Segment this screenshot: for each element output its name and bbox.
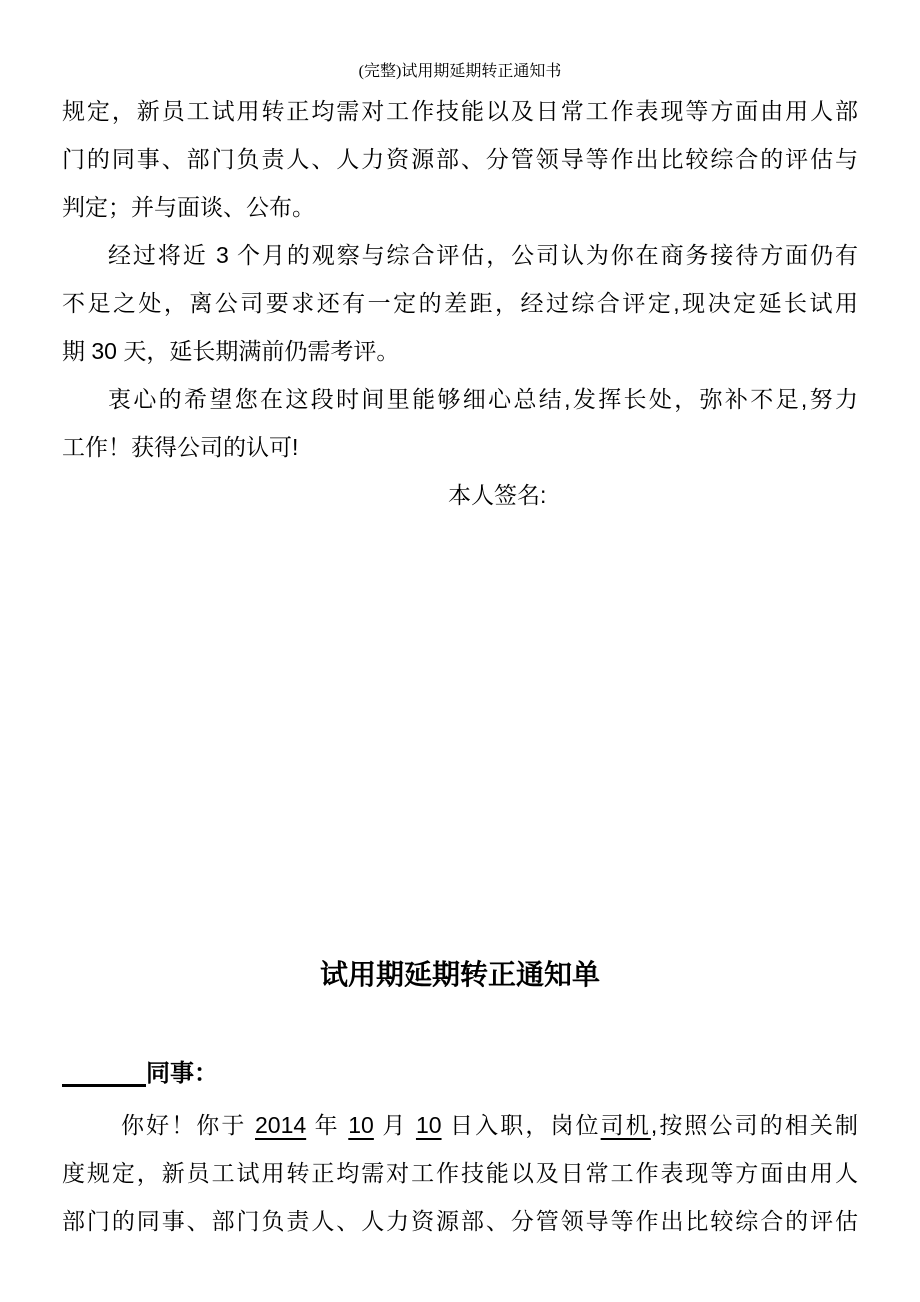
paragraph-line: 期 30 天，延长期满前仍需考评。 <box>62 327 858 375</box>
month-suffix: 月 <box>374 1112 416 1138</box>
document-header-title: (完整)试用期延期转正通知书 <box>0 61 920 83</box>
paragraph-line: 门的同事、部门负责人、人力资源部、分管领导等作出比较综合的评估与 <box>62 135 858 183</box>
greeting-text: 你好！你于 <box>121 1112 255 1138</box>
paragraph-line: 规定，新员工试用转正均需对工作技能以及日常工作表现等方面由用人部 <box>62 87 858 135</box>
document-page: (完整)试用期延期转正通知书 规定，新员工试用转正均需对工作技能以及日常工作表现… <box>0 0 920 1302</box>
signature-label: 本人签名: <box>62 471 858 519</box>
year-suffix: 年 <box>306 1112 348 1138</box>
notice-title: 试用期延期转正通知单 <box>0 953 920 997</box>
paragraph-line: 度规定，新员工试用转正均需对工作技能以及日常工作表现等方面由用人 <box>62 1149 858 1197</box>
position-underlined: 司机 <box>601 1112 651 1138</box>
salutation-text: 同事： <box>146 1060 218 1087</box>
paragraph-line: 判定；并与面谈、公布。 <box>62 183 858 231</box>
paragraph-line: 你好！你于 2014 年 10 月 10 日入职，岗位司机,按照公司的相关制 <box>62 1101 858 1149</box>
notice-body-continued: 规定，新员工试用转正均需对工作技能以及日常工作表现等方面由用人部 门的同事、部门… <box>62 87 858 519</box>
paragraph-line: 经过将近 3 个月的观察与综合评估，公司认为你在商务接待方面仍有 <box>62 231 858 279</box>
paragraph-line: 部门的同事、部门负责人、人力资源部、分管领导等作出比较综合的评估 <box>62 1197 858 1245</box>
position-suffix: ,按照公司的相关制 <box>651 1112 858 1138</box>
notice-body: 你好！你于 2014 年 10 月 10 日入职，岗位司机,按照公司的相关制 度… <box>62 1101 858 1245</box>
paragraph-line: 不足之处，离公司要求还有一定的差距，经过综合评定,现决定延长试用 <box>62 279 858 327</box>
join-day-underlined: 10 <box>416 1112 442 1138</box>
join-year-underlined: 2014 <box>255 1112 306 1138</box>
join-month-underlined: 10 <box>348 1112 374 1138</box>
paragraph-line: 衷心的希望您在这段时间里能够细心总结,发挥长处，弥补不足,努力 <box>62 375 858 423</box>
paragraph-line: 工作！获得公司的认可! <box>62 423 858 471</box>
name-blank-underline <box>62 1054 146 1087</box>
salutation-line: 同事： <box>62 1050 218 1098</box>
day-suffix: 日入职，岗位 <box>442 1112 601 1138</box>
